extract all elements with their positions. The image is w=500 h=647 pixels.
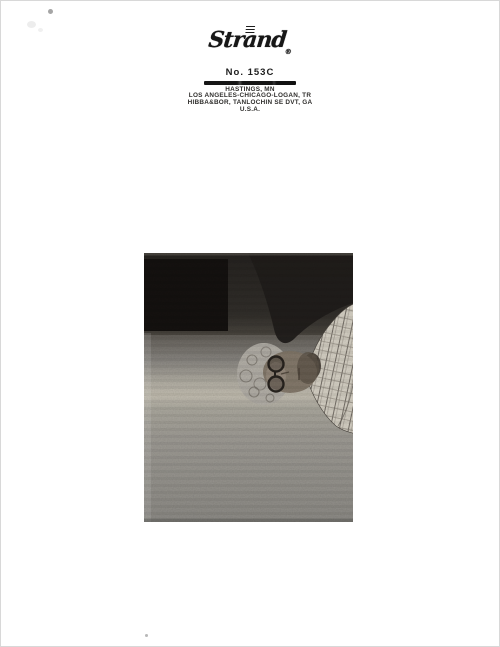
photofinisher-stamp: Strand® No. 153C HASTINGS, MN LOS ANGELE…: [130, 27, 370, 113]
scan-artifact-speck: [48, 9, 53, 14]
stamp-number: No. 153C: [130, 67, 370, 78]
scanned-page: Strand® No. 153C HASTINGS, MN LOS ANGELE…: [0, 0, 500, 647]
photo-illustration: [144, 253, 353, 522]
stamp-address-line: U.S.A.: [130, 107, 370, 114]
logo-script: Strand®: [206, 27, 294, 65]
registered-mark-icon: ®: [284, 47, 292, 56]
scan-artifact-speck: [27, 21, 36, 28]
stamp-divider-bar: [204, 81, 296, 85]
scan-artifact-speck: [38, 28, 43, 32]
scan-artifact-speck: [145, 634, 148, 637]
logo-flourish-marks: [245, 26, 255, 35]
photo-grain-overlay: [144, 253, 353, 522]
stamp-address-block: HASTINGS, MN LOS ANGELES-CHICAGO-LOGAN, …: [130, 87, 370, 114]
attached-photograph: [144, 253, 353, 522]
